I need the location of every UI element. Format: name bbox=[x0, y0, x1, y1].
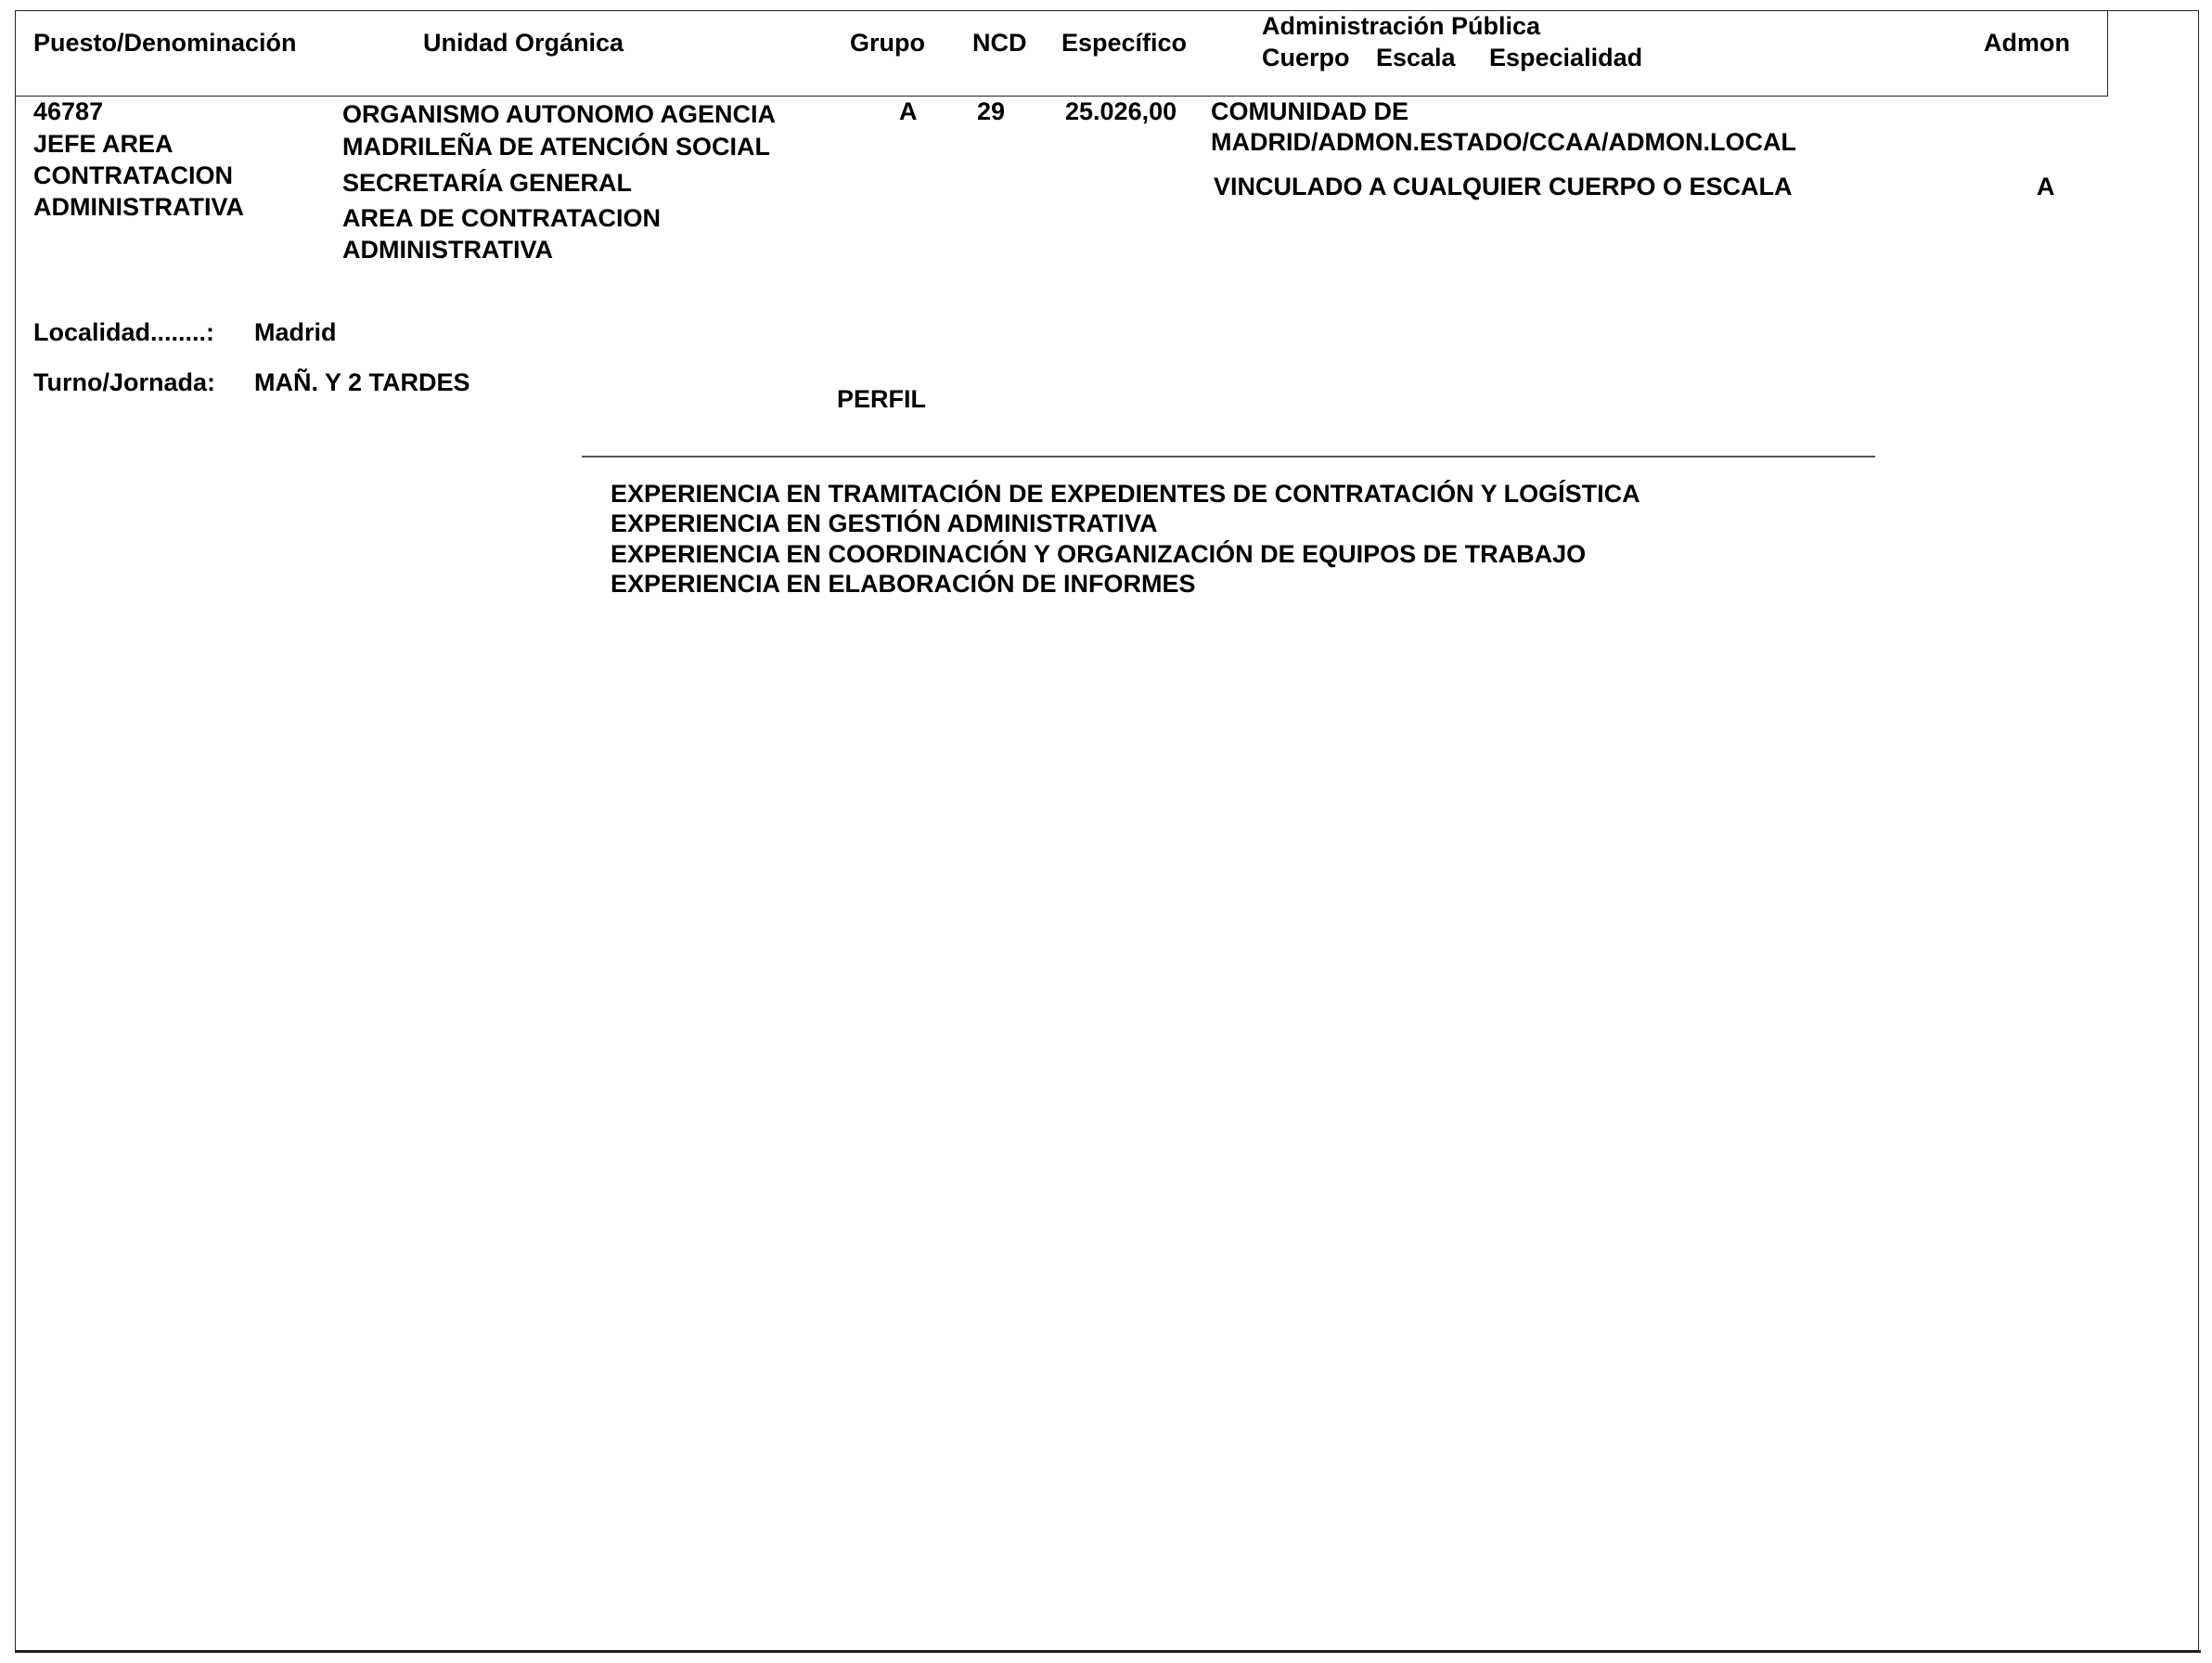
header-unidad: Unidad Orgánica bbox=[423, 29, 624, 57]
header-cuerpo: Cuerpo bbox=[1262, 44, 1350, 71]
header-puesto: Puesto/Denominación bbox=[33, 29, 297, 57]
page-frame-bottom-border bbox=[15, 1650, 2201, 1653]
ncd-value: 29 bbox=[977, 96, 1005, 127]
unidad-line-5: ADMINISTRATIVA bbox=[342, 234, 553, 265]
administracion-line-2: MADRID/ADMON.ESTADO/CCAA/ADMON.LOCAL bbox=[1211, 126, 1796, 158]
perfil-title: PERFIL bbox=[837, 383, 926, 415]
unidad-line-3: SECRETARÍA GENERAL bbox=[342, 167, 632, 199]
unidad-line-4: AREA DE CONTRATACION bbox=[342, 202, 661, 234]
header-especialidad: Especialidad bbox=[1489, 44, 1642, 71]
puesto-denominacion-line-1: JEFE AREA bbox=[33, 128, 174, 160]
cuerpo-value: VINCULADO A CUALQUIER CUERPO O ESCALA bbox=[1214, 171, 1793, 202]
puesto-codigo: 46787 bbox=[33, 96, 103, 127]
admon-value: A bbox=[2037, 171, 2055, 202]
header-especifico: Específico bbox=[1061, 29, 1187, 57]
perfil-item: EXPERIENCIA EN COORDINACIÓN Y ORGANIZACI… bbox=[611, 539, 1586, 570]
administracion-line-1: COMUNIDAD DE bbox=[1211, 96, 1408, 127]
header-grupo: Grupo bbox=[850, 29, 925, 57]
header-admon: Admon bbox=[1984, 29, 2070, 57]
unidad-line-1: ORGANISMO AUTONOMO AGENCIA bbox=[342, 98, 776, 130]
turno-label: Turno/Jornada: bbox=[33, 367, 215, 398]
header-administracion-publica: Administración Pública bbox=[1262, 12, 1540, 40]
puesto-denominacion-line-2: CONTRATACION bbox=[33, 160, 233, 191]
localidad-value: Madrid bbox=[254, 316, 337, 348]
perfil-item: EXPERIENCIA EN TRAMITACIÓN DE EXPEDIENTE… bbox=[611, 479, 1640, 509]
unidad-line-2: MADRILEÑA DE ATENCIÓN SOCIAL bbox=[342, 131, 770, 162]
puesto-denominacion-line-3: ADMINISTRATIVA bbox=[33, 191, 244, 223]
especifico-value: 25.026,00 bbox=[1065, 96, 1177, 127]
grupo-value: A bbox=[899, 96, 918, 127]
perfil-item: EXPERIENCIA EN ELABORACIÓN DE INFORMES bbox=[611, 569, 1196, 599]
header-ncd: NCD bbox=[972, 29, 1027, 57]
perfil-item: EXPERIENCIA EN GESTIÓN ADMINISTRATIVA bbox=[611, 509, 1158, 539]
perfil-divider bbox=[582, 456, 1875, 458]
turno-value: MAÑ. Y 2 TARDES bbox=[254, 367, 470, 398]
localidad-label: Localidad........: bbox=[33, 316, 214, 348]
header-escala: Escala bbox=[1376, 44, 1456, 71]
